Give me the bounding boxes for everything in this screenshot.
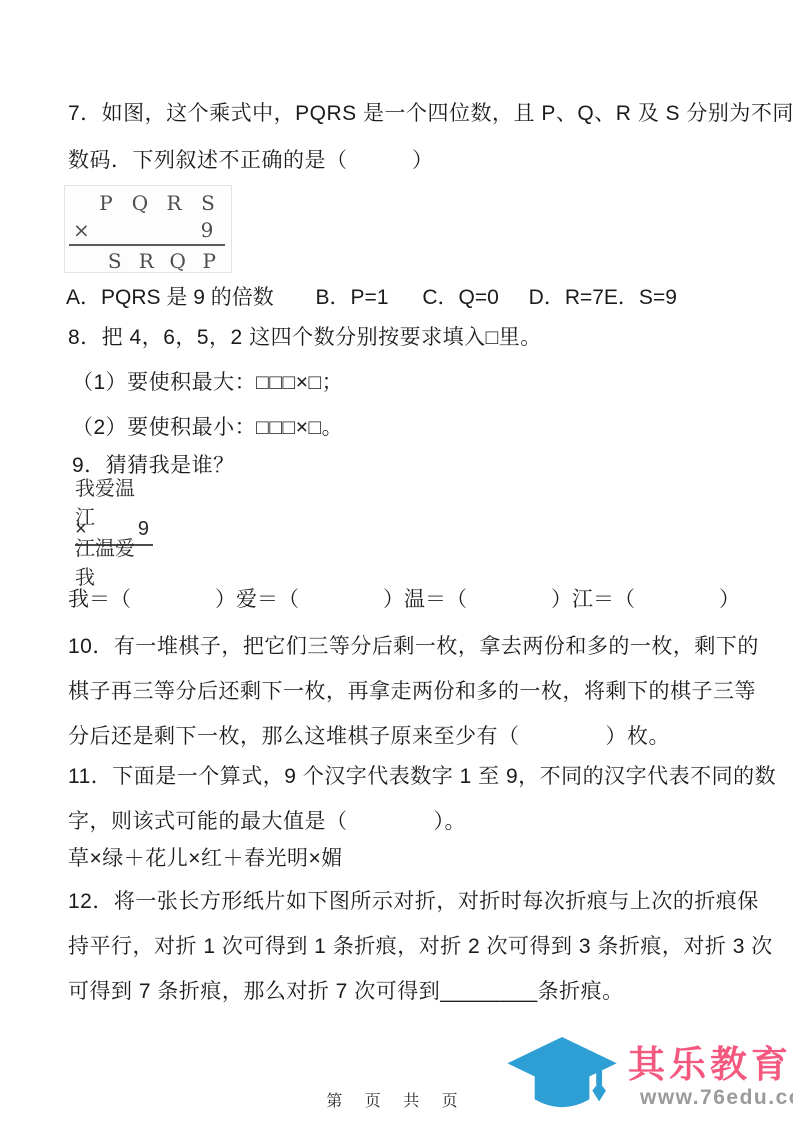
question-7-line-1: 7．如图，这个乘式中，PQRS 是一个四位数，且 P、Q、R 及 S 分别为不同… — [68, 100, 736, 127]
brand-name: 其乐教育 — [628, 1044, 792, 1086]
answer-blank-ai: 爱＝（ ） — [236, 583, 404, 613]
question-9-line: 9．猜猜我是谁？ — [72, 452, 740, 479]
pqrs-product-row: S R Q P — [69, 247, 225, 274]
worksheet-page: 7．如图，这个乘式中，PQRS 是一个四位数，且 P、Q、R 及 S 分别为不同… — [0, 0, 793, 1122]
question-7-line-2: 数码．下列叙述不正确的是（ ） — [68, 147, 736, 174]
option-a: A．PQRS 是 9 的倍数 — [66, 281, 274, 311]
question-10-line-3: 分后还是剩下一枚，那么这堆棋子原来至少有（ ）枚。 — [68, 723, 736, 750]
pqrs-multiplier: 9 — [189, 218, 225, 242]
answer-blank-wo: 我＝（ ） — [68, 583, 236, 613]
pqrs-letter: S — [99, 249, 131, 273]
question-11-line-1: 11．下面是一个算式，9 个汉字代表数字 1 至 9，不同的汉字代表不同的数 — [68, 763, 736, 790]
question-11-line-2: 字，则该式可能的最大值是（ ）。 — [68, 808, 736, 835]
question-12-line-3: 可得到 7 条折痕，那么对折 7 次可得到________条折痕。 — [68, 978, 736, 1005]
answer-blank-jiang: 江＝（ ） — [572, 583, 740, 613]
option-c: C．Q=0 — [422, 281, 498, 311]
question-10-line-2: 棋子再三等分后还剩下一枚，再拿走两份和多的一枚，将剩下的棋子三等 — [68, 678, 736, 705]
question-8-line: 8．把 4，6，5，2 这四个数分别按要求填入□里。 — [68, 324, 736, 351]
answer-blank-wen: 温＝（ ） — [404, 583, 572, 613]
question-8-sub-2: （2）要使积最小：□□□×□。 — [72, 414, 740, 441]
question-11-expression: 草×绿＋花儿×红＋春光明×媚 — [68, 845, 736, 872]
page-footer: 第 页 共 页 — [0, 1088, 793, 1111]
pqrs-rule-line — [69, 244, 225, 246]
cn-mult-product: 江温爱我 — [75, 546, 153, 576]
option-d: D．R=7E．S=9 — [529, 281, 677, 311]
pqrs-letter: Q — [162, 249, 194, 273]
pqrs-letter: P — [89, 191, 123, 215]
question-9-answer-blanks: 我＝（ ） 爱＝（ ） 温＝（ ） 江＝（ ） — [68, 583, 728, 613]
question-12-line-1: 12．将一张长方形纸片如下图所示对折，对折时每次折痕与上次的折痕保 — [68, 888, 736, 915]
question-12-line-2: 持平行，对折 1 次可得到 1 条折痕，对折 2 次可得到 3 条折痕，对折 3… — [68, 933, 736, 960]
cn-mult-multiplicand: 我爱温江 — [75, 486, 153, 516]
multiplication-sign: × — [73, 218, 93, 242]
pqrs-letter: S — [191, 191, 225, 215]
question-7-options: A．PQRS 是 9 的倍数 B．P=1 C．Q=0 D．R=7E．S=9 — [66, 281, 677, 311]
pqrs-letter: R — [131, 249, 163, 273]
pqrs-multiplication-figure: P Q R S × 9 S R Q P — [64, 185, 232, 273]
pqrs-multiplier-row: × 9 — [69, 216, 225, 243]
pqrs-letter: R — [157, 191, 191, 215]
pqrs-letter: P — [194, 249, 226, 273]
pqrs-multiplicand-row: P Q R S — [69, 189, 225, 216]
question-8-sub-1: （1）要使积最大：□□□×□； — [72, 369, 740, 396]
option-b: B．P=1 — [316, 281, 389, 311]
chinese-multiplication-figure: 我爱温江 × 9 江温爱我 — [75, 486, 153, 576]
pqrs-letter: Q — [123, 191, 157, 215]
question-10-line-1: 10．有一堆棋子，把它们三等分后剩一枚，拿去两份和多的一枚，剩下的 — [68, 633, 736, 660]
